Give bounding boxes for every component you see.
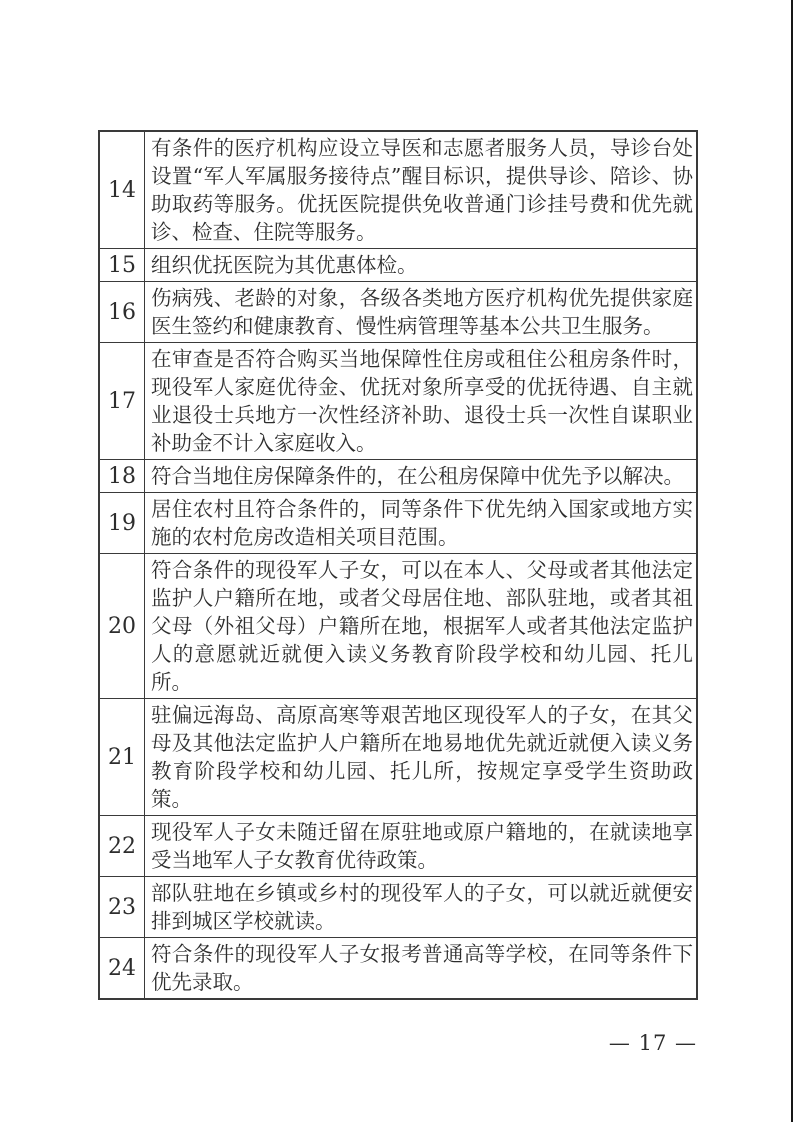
page-number: — 17 —	[609, 1031, 697, 1055]
table-row: 14有条件的医疗机构应设立导医和志愿者服务人员，导诊台处设置“军人军属服务接待点…	[99, 131, 697, 249]
row-number: 18	[99, 460, 145, 493]
table-row: 24符合条件的现役军人子女报考普通高等学校，在同等条件下优先录取。	[99, 938, 697, 1000]
policy-table: 14有条件的医疗机构应设立导医和志愿者服务人员，导诊台处设置“军人军属服务接待点…	[98, 130, 698, 1000]
row-number: 16	[99, 282, 145, 343]
row-text: 符合条件的现役军人子女报考普通高等学校，在同等条件下优先录取。	[145, 938, 698, 1000]
table-row: 17在审查是否符合购买当地保障性住房或租住公租房条件时，现役军人家庭优待金、优抚…	[99, 343, 697, 460]
row-number: 14	[99, 131, 145, 249]
table-row: 16伤病残、老龄的对象，各级各类地方医疗机构优先提供家庭医生签约和健康教育、慢性…	[99, 282, 697, 343]
row-text: 有条件的医疗机构应设立导医和志愿者服务人员，导诊台处设置“军人军属服务接待点”醒…	[145, 131, 698, 249]
row-text: 组织优抚医院为其优惠体检。	[145, 249, 698, 282]
row-number: 19	[99, 493, 145, 554]
table-row: 18符合当地住房保障条件的，在公租房保障中优先予以解决。	[99, 460, 697, 493]
row-number: 23	[99, 877, 145, 938]
table-row: 21驻偏远海岛、高原高寒等艰苦地区现役军人的子女，在其父母及其他法定监护人户籍所…	[99, 699, 697, 816]
table-row: 19居住农村且符合条件的，同等条件下优先纳入国家或地方实施的农村危房改造相关项目…	[99, 493, 697, 554]
row-number: 24	[99, 938, 145, 1000]
row-text: 居住农村且符合条件的，同等条件下优先纳入国家或地方实施的农村危房改造相关项目范围…	[145, 493, 698, 554]
row-number: 17	[99, 343, 145, 460]
row-text: 驻偏远海岛、高原高寒等艰苦地区现役军人的子女，在其父母及其他法定监护人户籍所在地…	[145, 699, 698, 816]
table-row: 23部队驻地在乡镇或乡村的现役军人的子女，可以就近就便安排到城区学校就读。	[99, 877, 697, 938]
row-number: 15	[99, 249, 145, 282]
document-page: 14有条件的医疗机构应设立导医和志愿者服务人员，导诊台处设置“军人军属服务接待点…	[0, 0, 794, 1122]
row-text: 现役军人子女未随迁留在原驻地或原户籍地的，在就读地享受当地军人子女教育优待政策。	[145, 816, 698, 877]
row-text: 在审查是否符合购买当地保障性住房或租住公租房条件时，现役军人家庭优待金、优抚对象…	[145, 343, 698, 460]
row-number: 20	[99, 554, 145, 699]
row-number: 22	[99, 816, 145, 877]
row-text: 伤病残、老龄的对象，各级各类地方医疗机构优先提供家庭医生签约和健康教育、慢性病管…	[145, 282, 698, 343]
table-row: 15组织优抚医院为其优惠体检。	[99, 249, 697, 282]
row-number: 21	[99, 699, 145, 816]
row-text: 符合条件的现役军人子女，可以在本人、父母或者其他法定监护人户籍所在地，或者父母居…	[145, 554, 698, 699]
policy-table-body: 14有条件的医疗机构应设立导医和志愿者服务人员，导诊台处设置“军人军属服务接待点…	[99, 131, 697, 999]
row-text: 符合当地住房保障条件的，在公租房保障中优先予以解决。	[145, 460, 698, 493]
scan-edge-line	[791, 0, 793, 1122]
table-row: 22现役军人子女未随迁留在原驻地或原户籍地的，在就读地享受当地军人子女教育优待政…	[99, 816, 697, 877]
table-row: 20符合条件的现役军人子女，可以在本人、父母或者其他法定监护人户籍所在地，或者父…	[99, 554, 697, 699]
row-text: 部队驻地在乡镇或乡村的现役军人的子女，可以就近就便安排到城区学校就读。	[145, 877, 698, 938]
